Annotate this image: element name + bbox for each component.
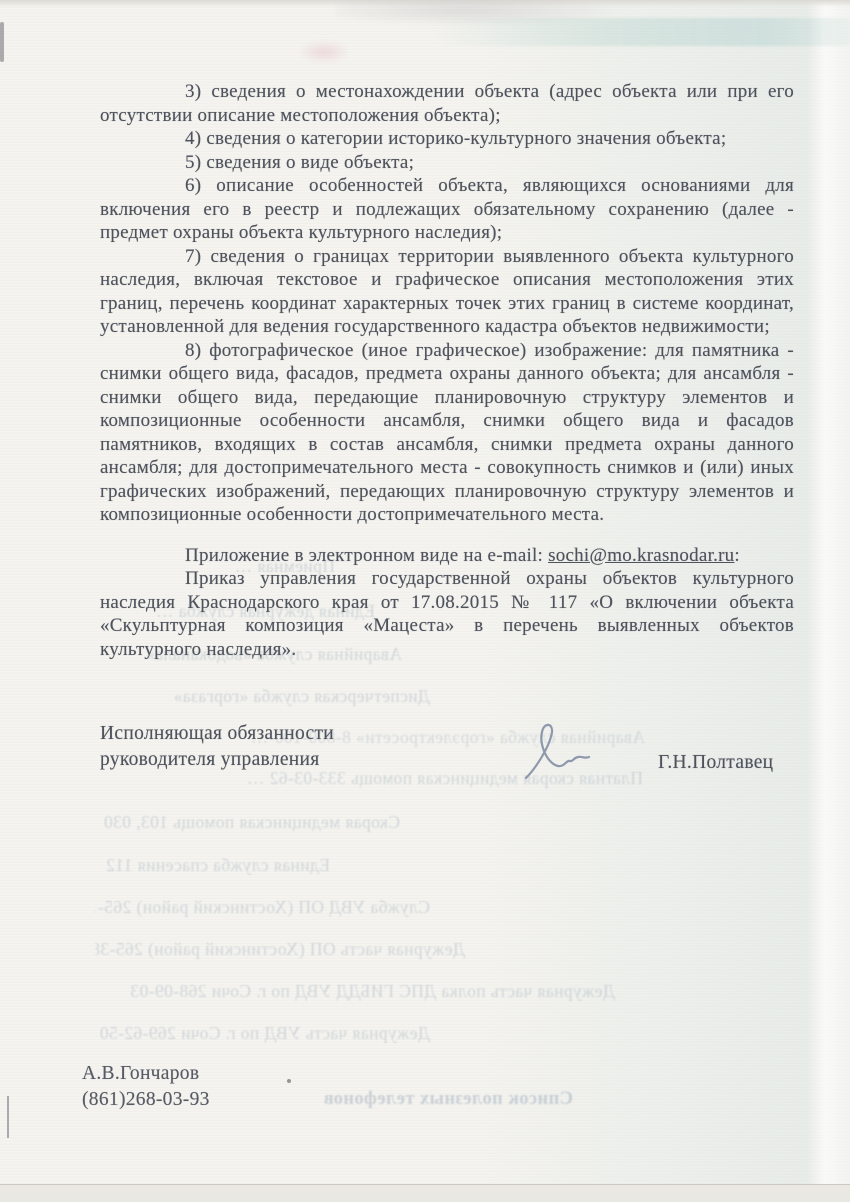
- bleedthrough-line: Дежурная часть полка ДПС ГИБДД УВД по г.…: [95, 981, 615, 1002]
- list-item-8: 8) фотографическое (иное графическое) из…: [100, 339, 794, 527]
- bleedthrough-header: Список полезных телефонов: [315, 1089, 573, 1110]
- list-item-5: 5) сведения о виде объекта;: [100, 151, 794, 175]
- signer-position-line2: руководителя управления: [100, 747, 440, 773]
- scan-speck: [287, 1079, 291, 1083]
- footer-contact-block: А.В.Гончаров (861)268-03-93: [82, 1061, 210, 1112]
- scanned-document-page: Приемная … Единая дежурная служба … Авар…: [0, 0, 850, 1202]
- bleedthrough-line: Скорая медицинская помощь 103, 030: [95, 812, 400, 833]
- bleedthrough-line: Диспетчерская служба «горгаза»: [95, 686, 430, 707]
- bleedthrough-line: Служба УВД ОП (Хостинский район) 265-…: [95, 897, 430, 918]
- scan-color-band: [430, 18, 850, 46]
- scan-edge-mark-top: [0, 22, 4, 62]
- document-body: 3) сведения о местонахождении объекта (а…: [100, 80, 794, 661]
- bleedthrough-line: Дежурная часть ОП (Хостинский район) 265…: [95, 939, 465, 960]
- bleedthrough-line: Дежурная часть УВД по г. Сочи 269-62-50: [95, 1023, 430, 1044]
- contact-name: А.В.Гончаров: [82, 1061, 210, 1087]
- email-link[interactable]: sochi@mo.krasnodar.ru: [548, 545, 734, 566]
- contact-phone: (861)268-03-93: [82, 1087, 210, 1113]
- attachment-prefix: Приложение в электронном виде на e-mail:: [185, 545, 548, 566]
- attachment-suffix: :: [734, 545, 740, 566]
- scan-smudge-pink: [298, 40, 350, 64]
- signer-name: Г.Н.Полтавец: [658, 752, 808, 774]
- scan-bottom-edge-shadow: [0, 1184, 850, 1202]
- bleedthrough-line: Единая служба спасения 112: [95, 855, 330, 876]
- list-item-7: 7) сведения о границах территории выявле…: [100, 245, 794, 339]
- list-item-6: 6) описание особенностей объекта, являющ…: [100, 174, 794, 245]
- attachment-line: Приложение в электронном виде на e-mail:…: [100, 544, 794, 568]
- signer-position-block: Исполняющая обязанности руководителя упр…: [100, 721, 440, 773]
- list-item-3: 3) сведения о местонахождении объекта (а…: [100, 80, 794, 127]
- order-paragraph: Приказ управления государственной охраны…: [100, 567, 794, 661]
- handwritten-signature: [520, 716, 608, 790]
- scan-edge-mark-bottom: [7, 1096, 9, 1138]
- signer-position-line1: Исполняющая обязанности: [100, 721, 440, 747]
- list-item-4: 4) сведения о категории историко-культур…: [100, 127, 794, 151]
